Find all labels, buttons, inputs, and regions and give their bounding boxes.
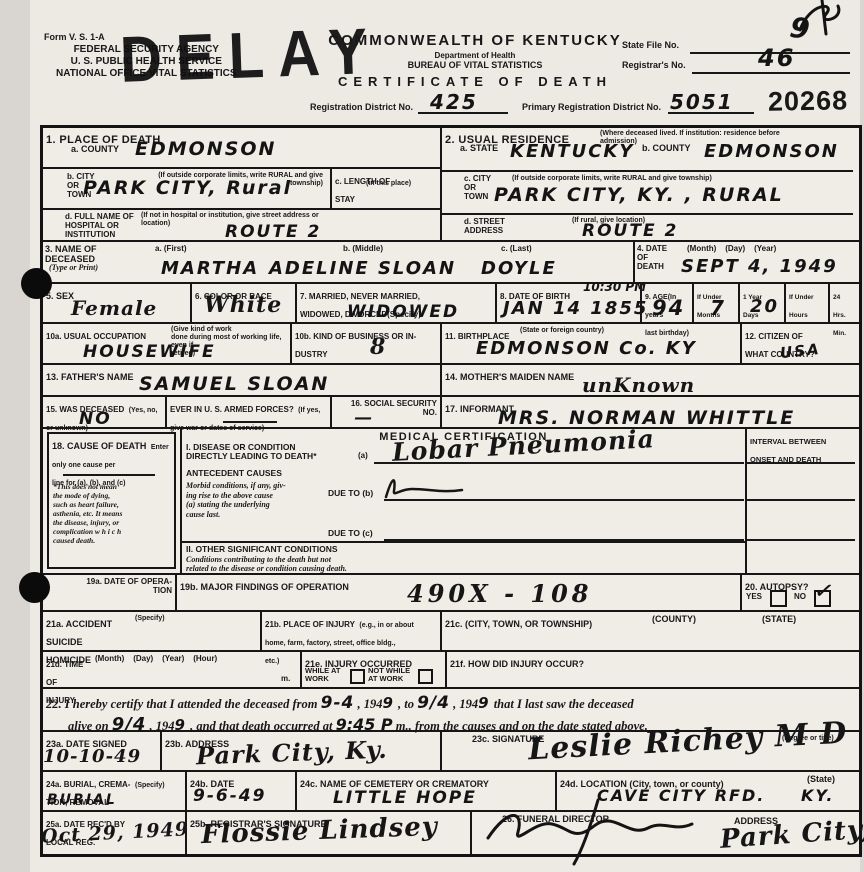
date-of-operation-label: 19a. DATE OF OPERA- TION: [46, 577, 172, 595]
scanned-death-certificate: Form V. S. 1-A FEDERAL SECURITY AGENCY U…: [0, 0, 864, 872]
certificate-title: CERTIFICATE OF DEATH: [310, 74, 640, 89]
armed-forces-underline: [223, 421, 277, 423]
ink-scribble-mark: [792, 0, 852, 36]
cert-text-2: , 194: [357, 697, 382, 711]
cert-hw-y1: 9: [382, 694, 394, 712]
place-of-injury-label: 21b. PLACE OF INJURY: [265, 620, 355, 629]
burial-type-note: (Specify): [135, 782, 165, 790]
time-of-injury-columns: (Month) (Day) (Year) (Hour): [95, 654, 217, 663]
dob-time-overlay: 10:30 PM: [583, 280, 646, 294]
other-conditions-divider: [182, 541, 745, 543]
cert-text-5: that I last saw the deceased: [494, 697, 634, 711]
age-value: 94: [652, 296, 685, 320]
punch-hole-top: [21, 268, 52, 299]
father-name-value: SAMUEL SLOAN: [139, 373, 329, 395]
primary-district-value: 5051: [670, 90, 734, 114]
institution-label: d. FULL NAME OF HOSPITAL OR INSTITUTION: [65, 212, 134, 239]
date-of-death-value: SEPT 4, 1949: [681, 256, 838, 277]
due-to-c-label: DUE TO (c): [328, 529, 373, 538]
dob-value: JAN 14 1855: [503, 298, 648, 319]
burial-location-state-note: (State): [807, 774, 835, 784]
time-of-injury-m: m.: [281, 674, 290, 683]
age-under-hours-label: If Under Hours: [789, 294, 814, 319]
interval-label: INTERVAL BETWEEN ONSET AND DEATH: [750, 437, 826, 464]
illegible-cause-b-handwriting: [382, 473, 502, 501]
birthplace-value: EDMONSON Co. KY: [476, 338, 697, 359]
residence-state-label: a. STATE: [460, 143, 498, 153]
punch-hole-bottom: [19, 572, 50, 603]
armed-forces-label: EVER IN U. S. ARMED FORCES?: [170, 405, 294, 414]
name-deceased-note: (Type or Print): [49, 264, 98, 272]
middle-name-value: ADELINE SLOAN: [269, 258, 456, 279]
reg-district-value: 425: [430, 90, 478, 114]
father-name-label: 13. FATHER'S NAME: [46, 372, 134, 382]
date-of-death-label: 4. DATE OF DEATH: [637, 244, 667, 271]
residence-city-label: c. CITY OR TOWN: [464, 174, 491, 201]
cause-a-label: (a): [358, 451, 368, 460]
ssn-value: —: [354, 407, 373, 428]
cause-note-2: *This does not mean the mode of dying, s…: [53, 482, 122, 545]
residence-city-note: (If outside corporate limits, write RURA…: [512, 175, 712, 183]
industry-value: 8: [370, 334, 386, 360]
interval-line-a: [745, 462, 855, 464]
cert-hw-from: 9-4: [321, 693, 355, 713]
illegible-funeral-director-signature: [478, 798, 738, 868]
length-of-stay-note: (in this place): [366, 180, 411, 188]
how-injury-occurred-label: 21f. HOW DID INJURY OCCUR?: [450, 659, 584, 669]
injury-state-label: (STATE): [762, 614, 796, 624]
burial-location-state-value: KY.: [801, 786, 834, 805]
address-value: Park City, Ky.: [196, 735, 388, 771]
mother-name-label: 14. MOTHER'S MAIDEN NAME: [445, 372, 574, 382]
residence-city-value: PARK CITY, KY. , RURAL: [494, 184, 784, 206]
commonwealth-title: COMMONWEALTH OF KENTUCKY: [310, 32, 640, 49]
occupation-label: 10a. USUAL OCCUPATION: [46, 332, 146, 341]
not-while-at-work-checkbox: [418, 669, 433, 684]
due-to-b-label: DUE TO (b): [328, 489, 373, 498]
registrar-no-label: Registrar's No.: [622, 60, 686, 70]
race-value: White: [204, 292, 282, 318]
burial-date-value: 9-6-49: [193, 786, 266, 806]
cause-of-death-title: 18. CAUSE OF DEATH: [52, 441, 146, 451]
other-conditions-title: II. OTHER SIGNIFICANT CONDITIONS: [186, 545, 338, 554]
cemetery-value: LITTLE HOPE: [333, 788, 477, 808]
industry-label: 10b. KIND OF BUSINESS OR IN- DUSTRY: [295, 332, 416, 359]
file-stamp-number: 20268: [768, 85, 849, 117]
birthplace-note: (State or foreign country): [520, 327, 604, 335]
street-address-label: d. STREET ADDRESS: [464, 217, 505, 235]
disease-condition-label: I. DISEASE OR CONDITION DIRECTLY LEADING…: [186, 443, 317, 461]
name-deceased-label: 3. NAME OF DECEASED: [45, 244, 97, 264]
cert-text-1: 22. I hereby certify that I attended the…: [46, 697, 317, 711]
armed-forces-value: NO: [79, 409, 112, 429]
middle-name-label: b. (Middle): [343, 244, 383, 253]
cause-divider: [63, 474, 155, 476]
while-at-work-label: WHILE AT WORK: [305, 667, 340, 683]
cert-text-3: , to: [398, 697, 414, 711]
age-days-value: 20: [750, 296, 779, 317]
major-findings-label: 19b. MAJOR FINDINGS OF OPERATION: [180, 582, 349, 592]
city-town-value: PARK CITY, Rural: [83, 177, 292, 199]
cert-hw-y2: 9: [478, 694, 490, 712]
sex-value: Female: [71, 296, 157, 320]
autopsy-yes-checkbox: [770, 590, 787, 607]
residence-state-value: KENTUCKY: [510, 141, 634, 162]
street-address-value: ROUTE 2: [582, 221, 678, 241]
registrar-no-value: 46: [758, 44, 795, 72]
ssn-label: 16. SOCIAL SECURITY NO.: [335, 399, 437, 417]
marital-value: WIDOWED: [347, 302, 459, 322]
occupation-value: HOUSEWIFE: [83, 342, 216, 362]
autopsy-yes-label: YES: [746, 592, 762, 601]
certificate-paper: Form V. S. 1-A FEDERAL SECURITY AGENCY U…: [30, 0, 860, 872]
cert-text-4: , 194: [453, 697, 478, 711]
last-name-label: c. (Last): [501, 244, 532, 253]
burial-type-value: BURIAL: [47, 792, 117, 808]
cert-hw-to: 9/4: [417, 693, 450, 713]
date-signed-value: 10-10-49: [43, 746, 141, 767]
county-value: EDMONSON: [135, 138, 276, 160]
morbid-conditions-note: Morbid conditions, if any, giv- ing rise…: [186, 481, 286, 519]
accident-note: (Specify): [135, 615, 165, 623]
reg-district-label: Registration District No.: [310, 102, 413, 112]
residence-county-label: b. COUNTY: [642, 143, 691, 153]
last-name-value: DOYLE: [481, 258, 557, 279]
while-at-work-checkbox: [350, 669, 365, 684]
age-months-value: 7: [710, 296, 726, 320]
sex-label: 5. SEX: [46, 291, 74, 301]
county-label: a. COUNTY: [71, 144, 119, 154]
dept-of-health: Department of Health: [310, 51, 640, 60]
major-findings-value: 490X - 108: [407, 579, 593, 608]
state-file-label: State File No.: [622, 40, 679, 50]
interval-line-b: [745, 499, 855, 501]
form-number: Form V. S. 1-A: [44, 32, 105, 42]
bureau-title: BUREAU OF VITAL STATISTICS: [310, 60, 640, 70]
registrar-signature-value: Flossie Lindsey: [201, 812, 439, 850]
autopsy-no-label: NO: [794, 592, 806, 601]
registrar-no-line: [692, 72, 850, 74]
antecedent-causes-label: ANTECEDENT CAUSES: [186, 469, 282, 478]
other-conditions-note: Conditions contributing to the death but…: [186, 555, 347, 573]
autopsy-no-checkmark: ✓: [812, 575, 839, 606]
first-name-label: a. (First): [155, 244, 187, 253]
primary-district-label: Primary Registration District No.: [522, 102, 661, 112]
first-name-value: MARTHA: [161, 258, 259, 279]
mother-name-value: unKnown: [582, 373, 695, 397]
not-while-at-work-label: NOT WHILE AT WORK: [368, 667, 410, 683]
citizen-value: USA: [779, 340, 821, 362]
institution-value: ROUTE 2: [225, 222, 321, 242]
injury-county-label: (COUNTY): [652, 614, 696, 624]
date-of-death-columns: (Month) (Day) (Year): [687, 244, 776, 253]
injury-city-label: 21c. (CITY, TOWN, OR TOWNSHIP): [445, 619, 592, 629]
residence-county-value: EDMONSON: [704, 141, 839, 162]
form-grid: 1. PLACE OF DEATH a. COUNTY EDMONSON b. …: [40, 125, 862, 857]
interval-line-c: [745, 539, 855, 541]
